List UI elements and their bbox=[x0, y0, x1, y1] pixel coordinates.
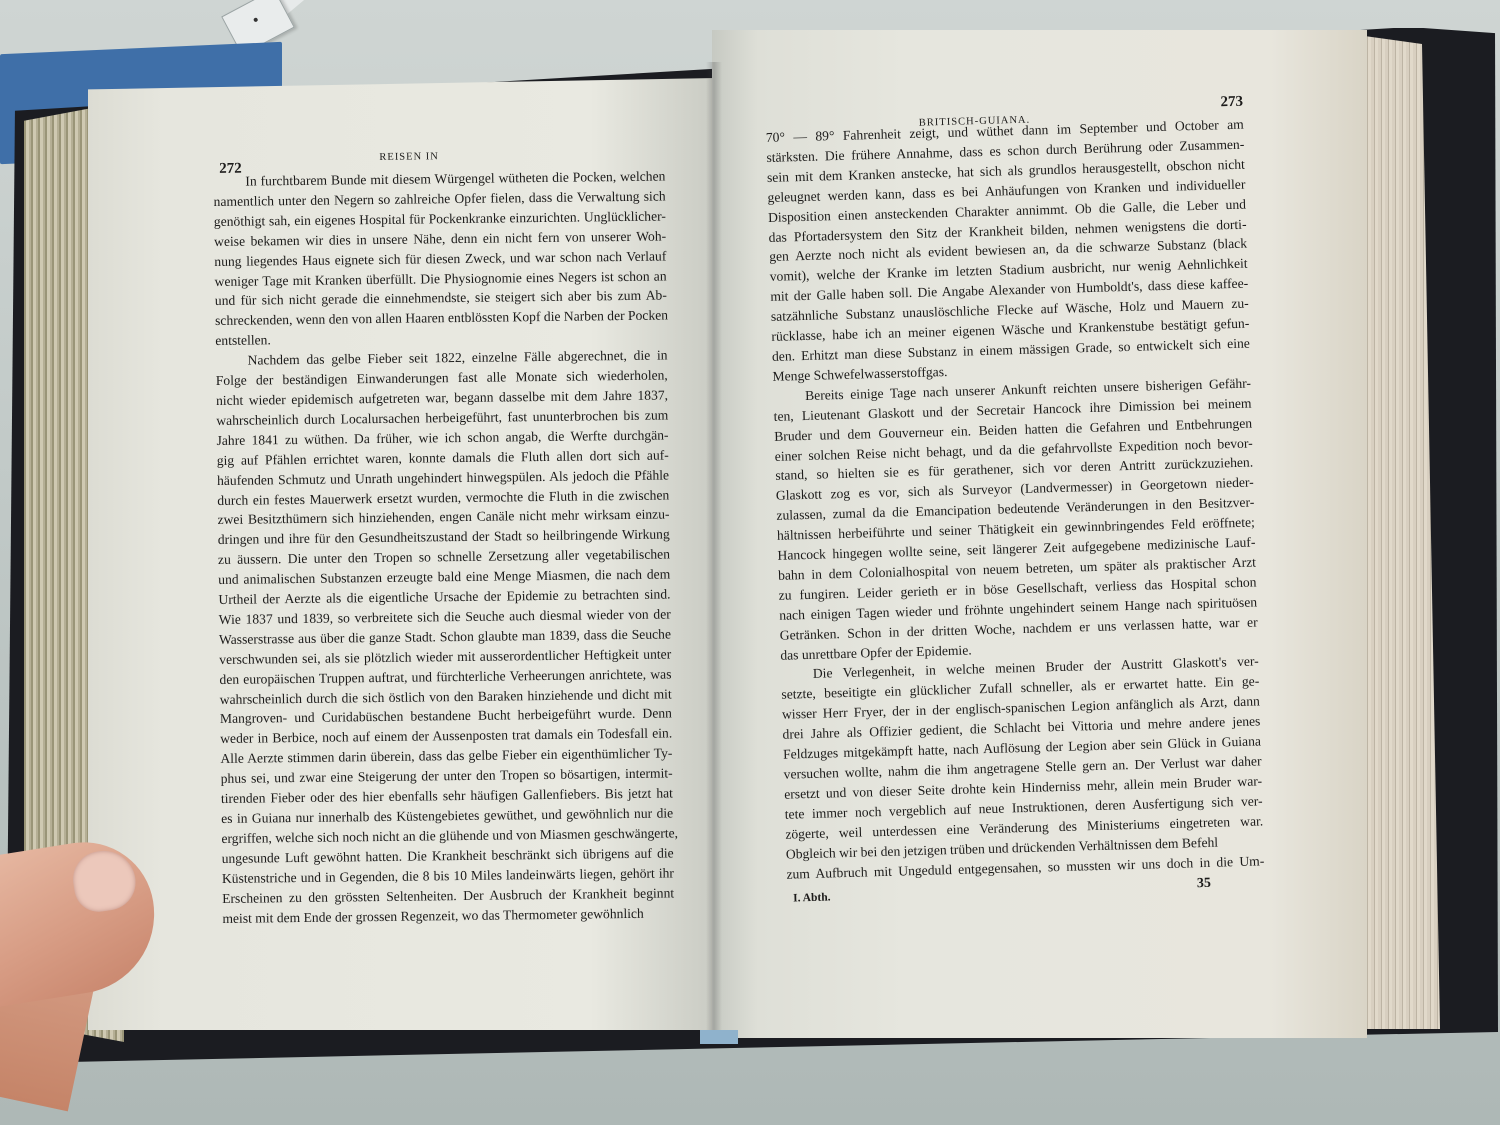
book-gutter bbox=[706, 62, 722, 1038]
left-page-number: 272 bbox=[219, 160, 242, 180]
signature-mark: I. Abth. bbox=[793, 889, 831, 910]
left-page-text: 272 REISEN IN In furchtbarem Bunde mit d… bbox=[213, 144, 674, 928]
left-page-body: In furchtbarem Bunde mit diesem Würgenge… bbox=[213, 166, 674, 928]
left-running-title: REISEN IN bbox=[293, 146, 525, 169]
right-page-number: 273 bbox=[1220, 93, 1243, 114]
sheet-number: 35 bbox=[1197, 874, 1212, 894]
spine-bookmark-ribbon bbox=[700, 1030, 738, 1044]
right-page-body: 70° — 89° Fahrenheit zeigt, und wüthet d… bbox=[766, 115, 1265, 884]
right-page-text: BRITISCH-GUIANA. 273 70° — 89° Fahrenhei… bbox=[765, 93, 1265, 908]
